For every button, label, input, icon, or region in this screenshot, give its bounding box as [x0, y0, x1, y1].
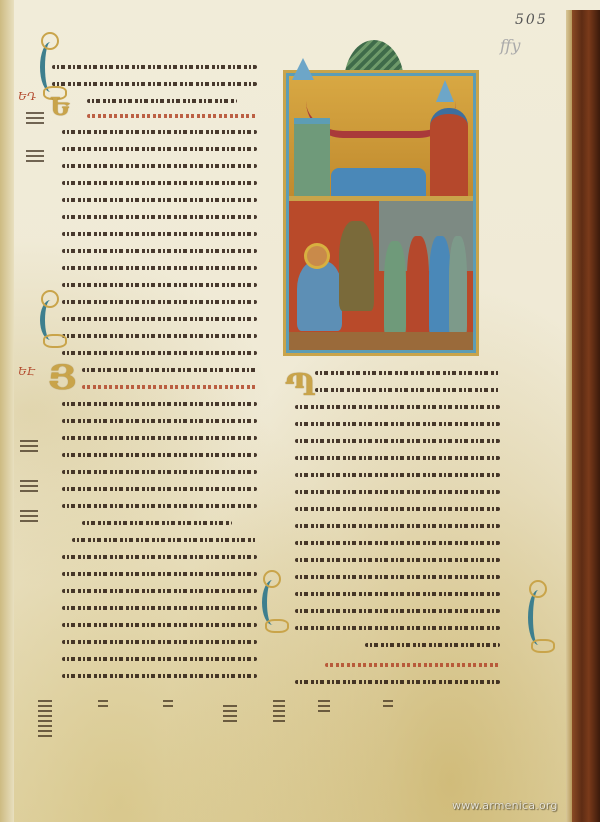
flourish-ornament-icon: [40, 300, 61, 340]
marginal-note: [20, 510, 38, 524]
gold-initial: Պ: [285, 368, 316, 403]
marginal-note: [20, 480, 38, 494]
marginal-note: [20, 440, 38, 454]
flourish-ornament-icon: [262, 580, 283, 625]
left-column: [52, 62, 262, 702]
canon-table: [38, 700, 398, 745]
spire-ornament-icon: [436, 80, 454, 102]
spire-ornament-icon: [292, 58, 314, 80]
pencil-mark: ffy: [500, 36, 520, 55]
marginal-rubric: ԵԷ: [18, 365, 35, 378]
book-binding: [572, 10, 600, 822]
marginal-note: [26, 112, 44, 126]
right-column: [285, 368, 505, 688]
illuminated-miniature: [283, 70, 479, 356]
watermark: www.armenica.org: [452, 799, 558, 812]
manuscript-page: 505 ffy ԵԴ: [0, 0, 600, 822]
page-edge: [0, 0, 14, 822]
marginal-rubric: ԵԴ: [18, 90, 36, 103]
gold-initial: Ե: [50, 92, 70, 121]
gold-initial: Յ: [48, 358, 76, 398]
marginal-note: [26, 150, 44, 164]
folio-number: 505: [515, 12, 548, 28]
flourish-ornament-icon: [528, 590, 549, 645]
